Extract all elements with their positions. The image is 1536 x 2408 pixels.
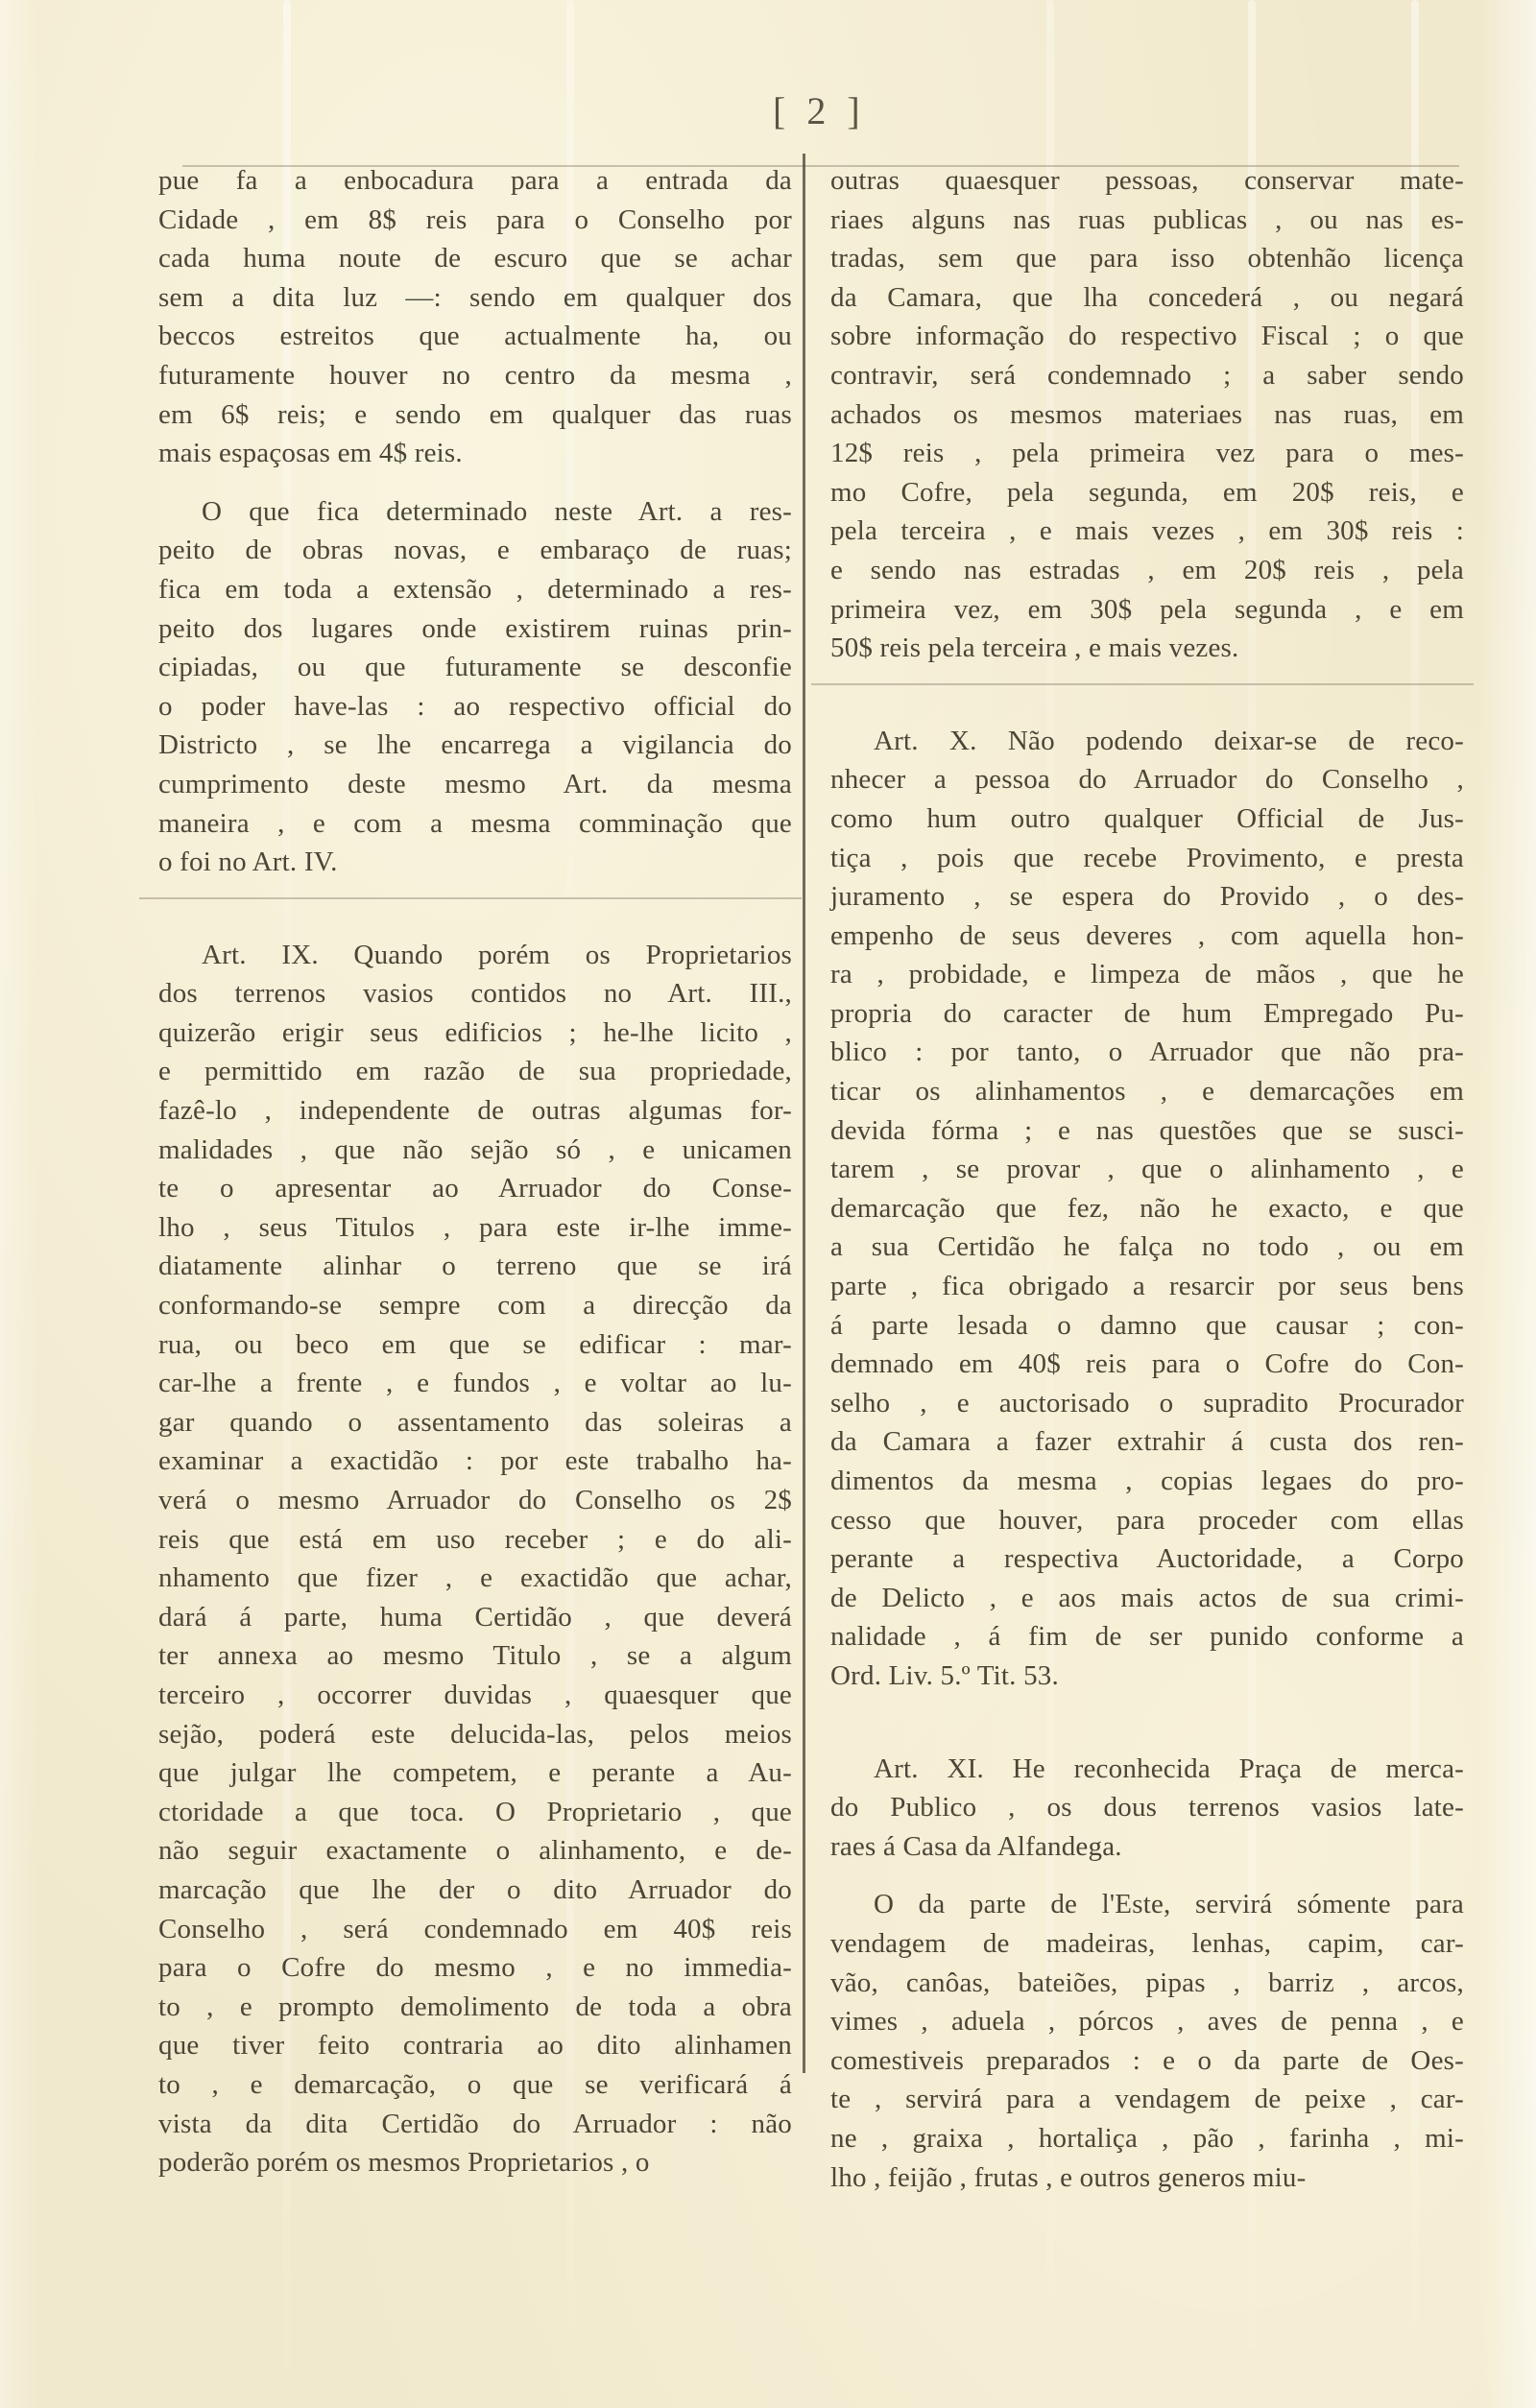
text-line: que tiver feito contraria ao dito alinha… (158, 2026, 792, 2065)
text-line: da Camara, que lha concederá , ou negará (830, 278, 1464, 318)
spacer (158, 917, 792, 936)
text-line: ra , probidade, e limpeza de mãos , que … (830, 955, 1464, 994)
text-line: vimes , aduela , pórcos , aves de penna … (830, 2002, 1464, 2041)
text-line: á parte lesada o damno que causar ; con- (830, 1306, 1464, 1346)
text-line: futuramente houver no centro da mesma , (158, 356, 792, 395)
text-line: vendagem de madeiras, lenhas, capim, car… (830, 1924, 1464, 1964)
text-line: quizerão erigir seus edificios ; he-lhe … (158, 1013, 792, 1053)
text-line: conformando-se sempre com a direcção da (158, 1286, 792, 1325)
text-line: mais espaçosas em 4$ reis. (158, 434, 792, 473)
text-line: a sua Certidão he falça no todo , ou em (830, 1228, 1464, 1267)
text-line: dimentos da mesma , copias legaes do pro… (830, 1462, 1464, 1501)
text-line: o poder have-las : ao respectivo officia… (158, 687, 792, 727)
text-line: 12$ reis , pela primeira vez para o mes- (830, 434, 1464, 473)
section-separator (139, 897, 802, 899)
text-line: da Camara a fazer extrahir á custa dos r… (830, 1422, 1464, 1462)
text-line: demnado em 40$ reis para o Cofre do Con- (830, 1345, 1464, 1384)
text-line: juramento , se espera do Provido , o des… (830, 877, 1464, 917)
text-line: devida fórma ; e nas questões que se sus… (830, 1111, 1464, 1151)
text-line: dará á parte, huma Certidão , que deverá (158, 1598, 792, 1637)
text-line: comestiveis preparados : e o da parte de… (830, 2041, 1464, 2081)
text-line: blico : por tanto, o Arruador que não pr… (830, 1033, 1464, 1072)
text-line: ctoridade a que toca. O Proprietario , q… (158, 1793, 792, 1832)
text-line: fica em toda a extensão , determinado a … (158, 570, 792, 609)
text-line: beccos estreitos que actualmente ha, ou (158, 317, 792, 356)
page-number: [ 2 ] (773, 88, 866, 133)
text-line: sobre informação do respectivo Fiscal ; … (830, 317, 1464, 356)
column-divider (803, 154, 805, 2073)
text-line: malidades , que não sejão só , e unicame… (158, 1131, 792, 1170)
text-line: gar quando o assentamento das soleiras a (158, 1403, 792, 1442)
text-line: cada huma noute de escuro que se achar (158, 239, 792, 278)
text-line: empenho de seus deveres , com aquella ho… (830, 917, 1464, 956)
text-line: vista da dita Certidão do Arruador : não (158, 2105, 792, 2144)
text-line: Ord. Liv. 5.º Tit. 53. (830, 1657, 1464, 1696)
text-line: maneira , e com a mesma comminação que (158, 804, 792, 844)
text-line: Conselho , será condemnado em 40$ reis (158, 1910, 792, 1949)
text-line: examinar a exactidão : por este trabalho… (158, 1442, 792, 1481)
text-line: propria do caracter de hum Empregado Pu- (830, 994, 1464, 1034)
spacer (830, 1866, 1464, 1885)
text-line: peito de obras novas, e embaraço de ruas… (158, 531, 792, 570)
text-line: em 6$ reis; e sendo em qualquer das ruas (158, 395, 792, 435)
text-line: verá o mesmo Arruador do Conselho os 2$ (158, 1481, 792, 1520)
paragraph-o-que-fica: O que fica determinado neste Art. a res-… (158, 492, 792, 882)
right-column: outras quaesquer pessoas, conservar mate… (830, 161, 1464, 2197)
text-line: do Publico , os dous terrenos vasios lat… (830, 1788, 1464, 1827)
paragraph-o-da-parte: O da parte de l'Este, servirá sómente pa… (830, 1885, 1464, 2197)
section-separator (811, 683, 1474, 685)
text-line: e permittido em razão de sua propriedade… (158, 1052, 792, 1091)
text-line: e sendo nas estradas , em 20$ reis , pel… (830, 551, 1464, 590)
text-line: ticar os alinhamentos , e demarcações em (830, 1072, 1464, 1111)
text-line: to , e prompto demolimento de toda a obr… (158, 1988, 792, 2027)
text-line: contravir, será condemnado ; a saber sen… (830, 356, 1464, 395)
text-line: reis que está em uso receber ; e do ali- (158, 1520, 792, 1560)
text-line: rua, ou beco em que se edificar : mar- (158, 1325, 792, 1365)
paragraph-art-ix: Art. IX. Quando porém os Proprietariosdo… (158, 936, 792, 2182)
text-line: diatamente alinhar o terreno que se irá (158, 1247, 792, 1286)
paragraph-art-xi: Art. XI. He reconhecida Praça de merca-d… (830, 1750, 1464, 1867)
text-line: pue fa a enbocadura para a entrada da (158, 161, 792, 201)
text-line: achados os mesmos materiaes nas ruas, em (830, 395, 1464, 435)
text-line: Art. X. Não podendo deixar-se de reco- (830, 722, 1464, 761)
text-line: vão, canôas, bateiões, pipas , barriz , … (830, 1964, 1464, 2003)
text-line: sejão, poderá este delucida-las, pelos m… (158, 1715, 792, 1754)
text-line: demarcação que fez, não he exacto, e que (830, 1189, 1464, 1228)
paragraph-continuation-right: outras quaesquer pessoas, conservar mate… (830, 161, 1464, 668)
text-line: terceiro , occorrer duvidas , quaesquer … (158, 1676, 792, 1715)
text-line: marcação que lhe der o dito Arruador do (158, 1871, 792, 1910)
text-line: de Delicto , e aos mais actos de sua cri… (830, 1579, 1464, 1618)
text-line: raes á Casa da Alfandega. (830, 1827, 1464, 1867)
text-line: tradas, sem que para isso obtenhão licen… (830, 239, 1464, 278)
text-line: sem a dita luz —: sendo em qualquer dos (158, 278, 792, 318)
text-line: O da parte de l'Este, servirá sómente pa… (830, 1885, 1464, 1924)
paragraph-continuation: pue fa a enbocadura para a entrada daCid… (158, 161, 792, 473)
text-line: lho , feijão , frutas , e outros generos… (830, 2158, 1464, 2198)
text-line: nhecer a pessoa do Arruador do Conselho … (830, 760, 1464, 799)
text-line: nhamento que fizer , e exactidão que ach… (158, 1559, 792, 1598)
text-line: 50$ reis pela terceira , e mais vezes. (830, 629, 1464, 668)
text-line: cipiadas, ou que futuramente se desconfi… (158, 648, 792, 687)
left-column: pue fa a enbocadura para a entrada daCid… (158, 161, 792, 2182)
text-line: pela terceira , e mais vezes , em 30$ re… (830, 512, 1464, 551)
text-line: riaes alguns nas ruas publicas , ou nas … (830, 201, 1464, 240)
text-line: o foi no Art. IV. (158, 843, 792, 882)
text-line: dos terrenos vasios contidos no Art. III… (158, 974, 792, 1013)
text-line: para o Cofre do mesmo , e no immedia- (158, 1948, 792, 1988)
text-line: ne , graixa , hortaliça , pão , farinha … (830, 2119, 1464, 2158)
spacer (830, 703, 1464, 722)
text-line: não seguir exactamente o alinhamento, e … (158, 1831, 792, 1871)
text-line: peito dos lugares onde existirem ruinas … (158, 609, 792, 649)
paragraph-art-x: Art. X. Não podendo deixar-se de reco-nh… (830, 722, 1464, 1696)
text-line: cumprimento deste mesmo Art. da mesma (158, 765, 792, 804)
text-line: to , e demarcação, o que se verificará á (158, 2065, 792, 2105)
text-line: como hum outro qualquer Official de Jus- (830, 799, 1464, 839)
spacer (158, 473, 792, 492)
text-line: car-lhe a frente , e fundos , e voltar a… (158, 1364, 792, 1403)
text-line: tarem , se provar , que o alinhamento , … (830, 1150, 1464, 1189)
text-line: outras quaesquer pessoas, conservar mate… (830, 161, 1464, 201)
text-line: Districto , se lhe encarrega a vigilanci… (158, 726, 792, 765)
text-line: tiça , pois que recebe Provimento, e pre… (830, 839, 1464, 878)
text-line: nalidade , á fim de ser punido conforme … (830, 1617, 1464, 1657)
text-line: que julgar lhe competem, e perante a Au- (158, 1753, 792, 1793)
text-line: O que fica determinado neste Art. a res- (158, 492, 792, 532)
text-line: primeira vez, em 30$ pela segunda , e em (830, 590, 1464, 630)
text-line: parte , fica obrigado a resarcir por seu… (830, 1267, 1464, 1306)
text-line: Art. XI. He reconhecida Praça de merca- (830, 1750, 1464, 1789)
text-line: Art. IX. Quando porém os Proprietarios (158, 936, 792, 975)
text-line: selho , e auctorisado o supradito Procur… (830, 1384, 1464, 1423)
text-line: te , servirá para a vendagem de peixe , … (830, 2080, 1464, 2119)
text-line: fazê-lo , independente de outras algumas… (158, 1091, 792, 1131)
text-line: lho , seus Titulos , para este ir-lhe im… (158, 1208, 792, 1248)
text-line: Cidade , em 8$ reis para o Conselho por (158, 201, 792, 240)
text-line: cesso que houver, para proceder com ella… (830, 1501, 1464, 1540)
text-line: poderão porém os mesmos Proprietarios , … (158, 2143, 792, 2182)
text-line: perante a respectiva Auctoridade, a Corp… (830, 1539, 1464, 1579)
text-line: mo Cofre, pela segunda, em 20$ reis, e (830, 473, 1464, 513)
spacer (830, 1696, 1464, 1750)
text-line: te o apresentar ao Arruador do Conse- (158, 1169, 792, 1208)
text-line: ter annexa ao mesmo Titulo , se a algum (158, 1636, 792, 1676)
